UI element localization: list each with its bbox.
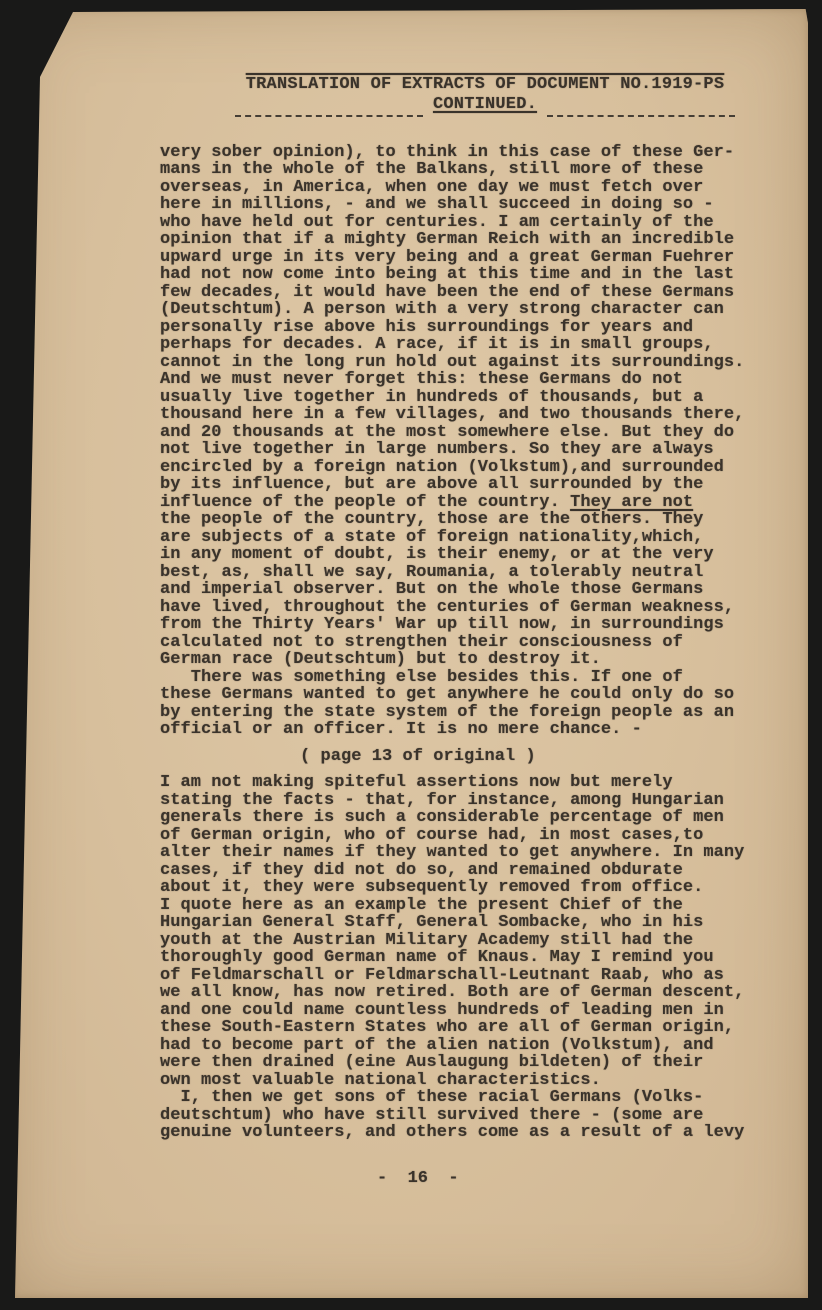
text-line: And we must never forget this: these Ger… — [160, 371, 808, 389]
text-line: few decades, it would have been the end … — [160, 284, 808, 302]
paragraph: very sober opinion), to think in this ca… — [160, 144, 808, 669]
text-line: these South-Eastern States who are all o… — [160, 1019, 808, 1037]
text-line: these Germans wanted to get anywhere he … — [160, 686, 808, 704]
text-line: I quote here as an example the present C… — [160, 897, 808, 915]
text-line: in any moment of doubt, is their enemy, … — [160, 546, 808, 564]
text-line: stating the facts - that, for instance, … — [160, 792, 808, 810]
text-line: and one could name countless hundreds of… — [160, 1002, 808, 1020]
text-line: German race (Deutschtum) but to destroy … — [160, 651, 808, 669]
text-line: alter their names if they wanted to get … — [160, 844, 808, 862]
text-line: overseas, in America, when one day we mu… — [160, 179, 808, 197]
text-line: Hungarian General Staff, General Somback… — [160, 914, 808, 932]
text-line: from the Thirty Years' War up till now, … — [160, 616, 808, 634]
document-body: very sober opinion), to think in this ca… — [12, 144, 808, 1142]
text-line: generals there is such a considerable pe… — [160, 809, 808, 827]
scan-background: TRANSLATION OF EXTRACTS OF DOCUMENT NO.1… — [0, 0, 822, 1310]
text-line: the people of the country, those are the… — [160, 511, 808, 529]
text-line: thoroughly good German name of Knaus. Ma… — [160, 949, 808, 967]
text-line: of Feldmarschall or Feldmarschall-Leutna… — [160, 967, 808, 985]
text-segment: influence of the people of the country. — [160, 493, 570, 512]
text-line: who have held out for centuries. I am ce… — [160, 214, 808, 232]
text-line: cases, if they did not do so, and remain… — [160, 862, 808, 880]
text-line: ( page 13 of original ) — [300, 748, 808, 766]
text-line: official or an officer. It is no mere ch… — [160, 721, 808, 739]
text-line: (Deutschtum). A person with a very stron… — [160, 301, 808, 319]
text-line: I, then we get sons of these racial Germ… — [160, 1089, 808, 1107]
text-line: encircled by a foreign nation (Volkstum)… — [160, 459, 808, 477]
text-line: had to become part of the alien nation (… — [160, 1037, 808, 1055]
text-line: were then drained (eine Auslaugung bilde… — [160, 1054, 808, 1072]
document-header-inner: TRANSLATION OF EXTRACTS OF DOCUMENT NO.1… — [235, 75, 735, 120]
text-line: influence of the people of the country. … — [160, 494, 808, 512]
text-line: best, as, shall we say, Roumania, a tole… — [160, 564, 808, 582]
text-line: own most valuable national characteristi… — [160, 1072, 808, 1090]
text-line: youth at the Austrian Military Academy s… — [160, 932, 808, 950]
text-line: I am not making spiteful assertions now … — [160, 774, 808, 792]
text-line: are subjects of a state of foreign natio… — [160, 529, 808, 547]
document-title: TRANSLATION OF EXTRACTS OF DOCUMENT NO.1… — [246, 75, 724, 94]
text-line: thousand here in a few villages, and two… — [160, 406, 808, 424]
text-line: we all know, has now retired. Both are o… — [160, 984, 808, 1002]
text-line: deutschtum) who have still survived ther… — [160, 1107, 808, 1125]
text-line: calculated not to strengthen their consc… — [160, 634, 808, 652]
text-line: here in millions, - and we shall succeed… — [160, 196, 808, 214]
text-line: cannot in the long run hold out against … — [160, 354, 808, 372]
text-line: usually live together in hundreds of tho… — [160, 389, 808, 407]
text-line: and imperial observer. But on the whole … — [160, 581, 808, 599]
page-reference: ( page 13 of original ) — [300, 748, 808, 766]
text-line: opinion that if a mighty German Reich wi… — [160, 231, 808, 249]
text-line: There was something else besides this. I… — [160, 669, 808, 687]
text-line: had not now come into being at this time… — [160, 266, 808, 284]
text-line: perhaps for decades. A race, if it is in… — [160, 336, 808, 354]
paragraph: I am not making spiteful assertions now … — [160, 774, 808, 1089]
text-line: upward urge in its very being and a grea… — [160, 249, 808, 267]
text-line: mans in the whole of the Balkans, still … — [160, 161, 808, 179]
text-line: very sober opinion), to think in this ca… — [160, 144, 808, 162]
paragraph: There was something else besides this. I… — [160, 669, 808, 739]
text-line: genuine volunteers, and others come as a… — [160, 1124, 808, 1142]
text-line: of German origin, who of course had, in … — [160, 827, 808, 845]
text-line: by its influence, but are above all surr… — [160, 476, 808, 494]
text-line: not live together in large numbers. So t… — [160, 441, 808, 459]
page-number: - 16 - — [12, 1170, 808, 1188]
underlined-text: They are not — [570, 493, 693, 512]
paragraph: I, then we get sons of these racial Germ… — [160, 1089, 808, 1142]
text-line: by entering the state system of the fore… — [160, 704, 808, 722]
text-line: and 20 thousands at the most somewhere e… — [160, 424, 808, 442]
document-header: TRANSLATION OF EXTRACTS OF DOCUMENT NO.1… — [12, 75, 808, 122]
text-line: have lived, throughout the centuries of … — [160, 599, 808, 617]
document-page: TRANSLATION OF EXTRACTS OF DOCUMENT NO.1… — [12, 9, 808, 1298]
text-line: personally rise above his surroundings f… — [160, 319, 808, 337]
text-line: about it, they were subsequently removed… — [160, 879, 808, 897]
